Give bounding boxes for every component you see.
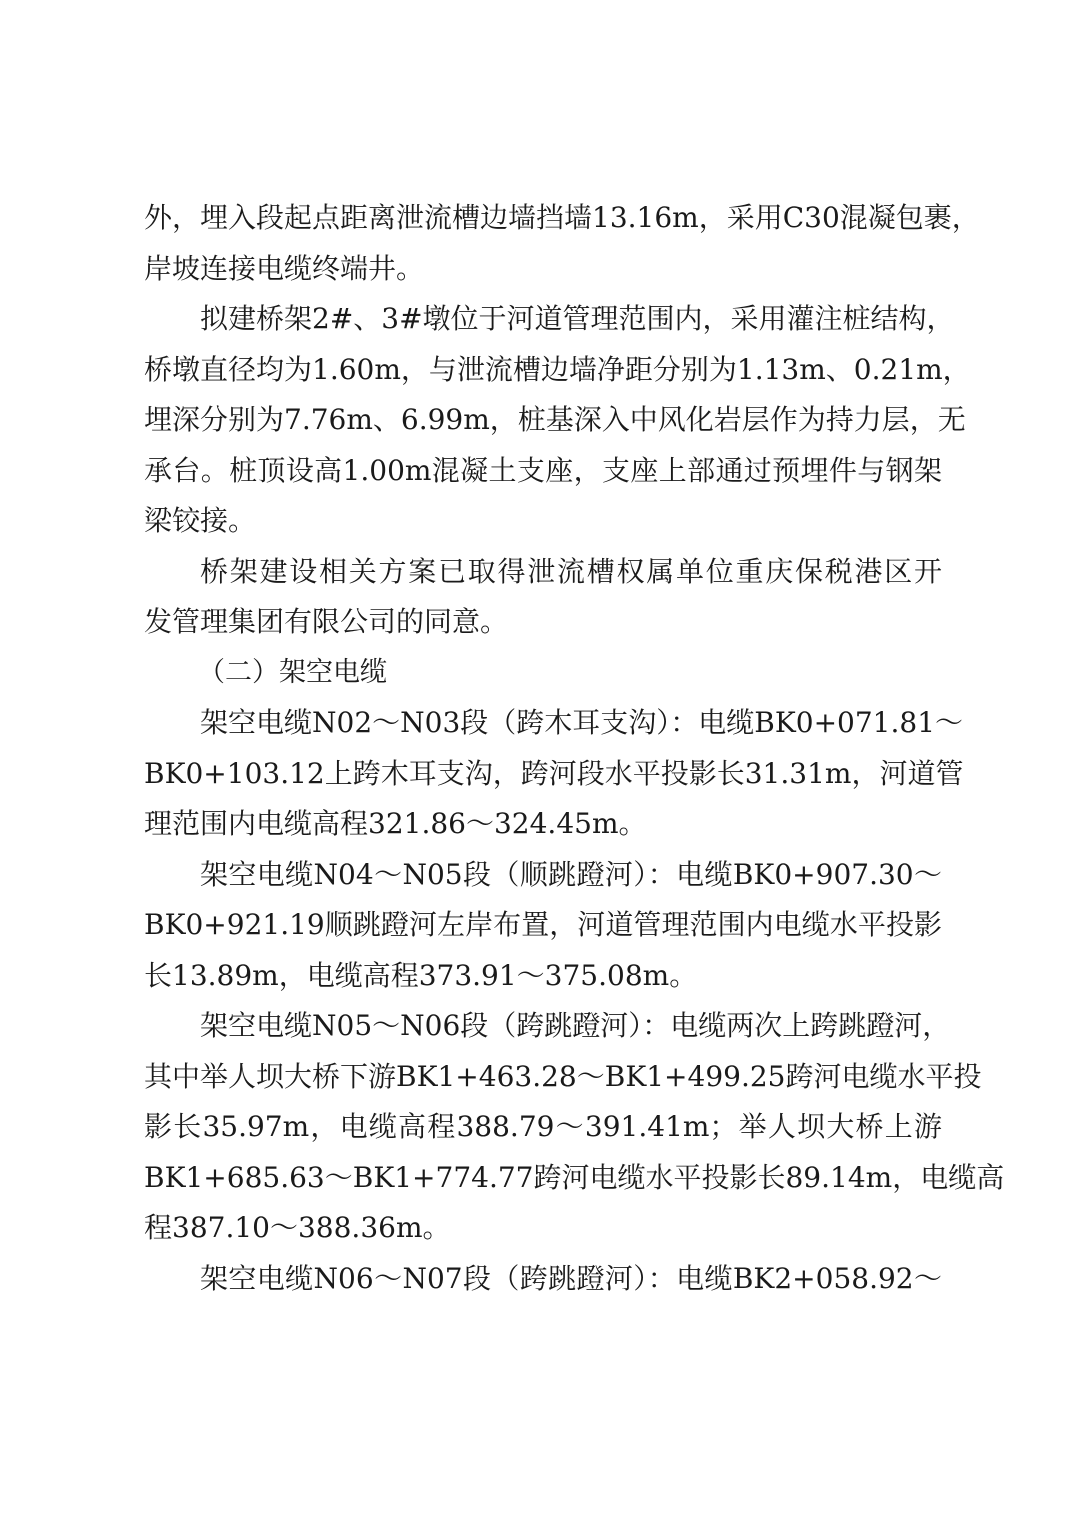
text-line: BK0+921.19顺跳蹬河左岸布置，河道管理范围内电缆水平投影 [144, 900, 942, 951]
paragraph-approval: 桥架建设相关方案已取得泄流槽权属单位重庆保税港区开 发管理集团有限公司的同意。 [144, 547, 942, 648]
paragraph-embedded-section-end: 外，埋入段起点距离泄流槽边墙挡墙13.16m，采用C30混凝包裹， 岸坡连接电缆… [144, 193, 942, 294]
text-line: 承台。桩顶设高1.00m混凝土支座，支座上部通过预埋件与钢架 [144, 446, 942, 497]
text-line: 架空电缆N02～N03段（跨木耳支沟）：电缆BK0+071.81～ [144, 698, 942, 749]
paragraph-cable-n05-n06: 架空电缆N05～N06段（跨跳蹬河）：电缆两次上跨跳蹬河， 其中举人坝大桥下游B… [144, 1001, 942, 1254]
text-line: 桥架建设相关方案已取得泄流槽权属单位重庆保税港区开 [144, 547, 942, 598]
text-line: 埋深分别为7.76m、6.99m，桩基深入中风化岩层作为持力层，无 [144, 395, 942, 446]
paragraph-cable-n06-n07: 架空电缆N06～N07段（跨跳蹬河）：电缆BK2+058.92～ [144, 1254, 942, 1305]
text-line: 架空电缆N05～N06段（跨跳蹬河）：电缆两次上跨跳蹬河， [144, 1001, 942, 1052]
paragraph-bridge-piers: 拟建桥架2#、3#墩位于河道管理范围内，采用灌注桩结构， 桥墩直径均为1.60m… [144, 294, 942, 547]
text-line: 其中举人坝大桥下游BK1+463.28～BK1+499.25跨河电缆水平投 [144, 1052, 942, 1103]
text-line: 长13.89m，电缆高程373.91～375.08m。 [144, 951, 942, 1002]
text-line: 程387.10～388.36m。 [144, 1203, 942, 1254]
text-line: BK1+685.63～BK1+774.77跨河电缆水平投影长89.14m，电缆高 [144, 1153, 942, 1204]
text-line: 桥墩直径均为1.60m，与泄流槽边墙净距分别为1.13m、0.21m， [144, 345, 942, 396]
text-line: 外，埋入段起点距离泄流槽边墙挡墙13.16m，采用C30混凝包裹， [144, 193, 942, 244]
document-page: 外，埋入段起点距离泄流槽边墙挡墙13.16m，采用C30混凝包裹， 岸坡连接电缆… [144, 193, 942, 1304]
text-line: BK0+103.12上跨木耳支沟，跨河段水平投影长31.31m，河道管 [144, 749, 942, 800]
text-line: 理范围内电缆高程321.86～324.45m。 [144, 799, 942, 850]
text-line: 发管理集团有限公司的同意。 [144, 597, 942, 648]
paragraph-cable-n02-n03: 架空电缆N02～N03段（跨木耳支沟）：电缆BK0+071.81～ BK0+10… [144, 698, 942, 850]
text-line: 拟建桥架2#、3#墩位于河道管理范围内，采用灌注桩结构， [144, 294, 942, 345]
text-line: 岸坡连接电缆终端井。 [144, 244, 942, 295]
text-line: 架空电缆N06～N07段（跨跳蹬河）：电缆BK2+058.92～ [144, 1254, 942, 1305]
paragraph-cable-n04-n05: 架空电缆N04～N05段（顺跳蹬河）：电缆BK0+907.30～ BK0+921… [144, 850, 942, 1002]
text-line: 梁铰接。 [144, 496, 942, 547]
text-line: 影长35.97m，电缆高程388.79～391.41m；举人坝大桥上游 [144, 1102, 942, 1153]
text-line: 架空电缆N04～N05段（顺跳蹬河）：电缆BK0+907.30～ [144, 850, 942, 901]
section-heading-overhead-cable: （二）架空电缆 [144, 648, 942, 699]
